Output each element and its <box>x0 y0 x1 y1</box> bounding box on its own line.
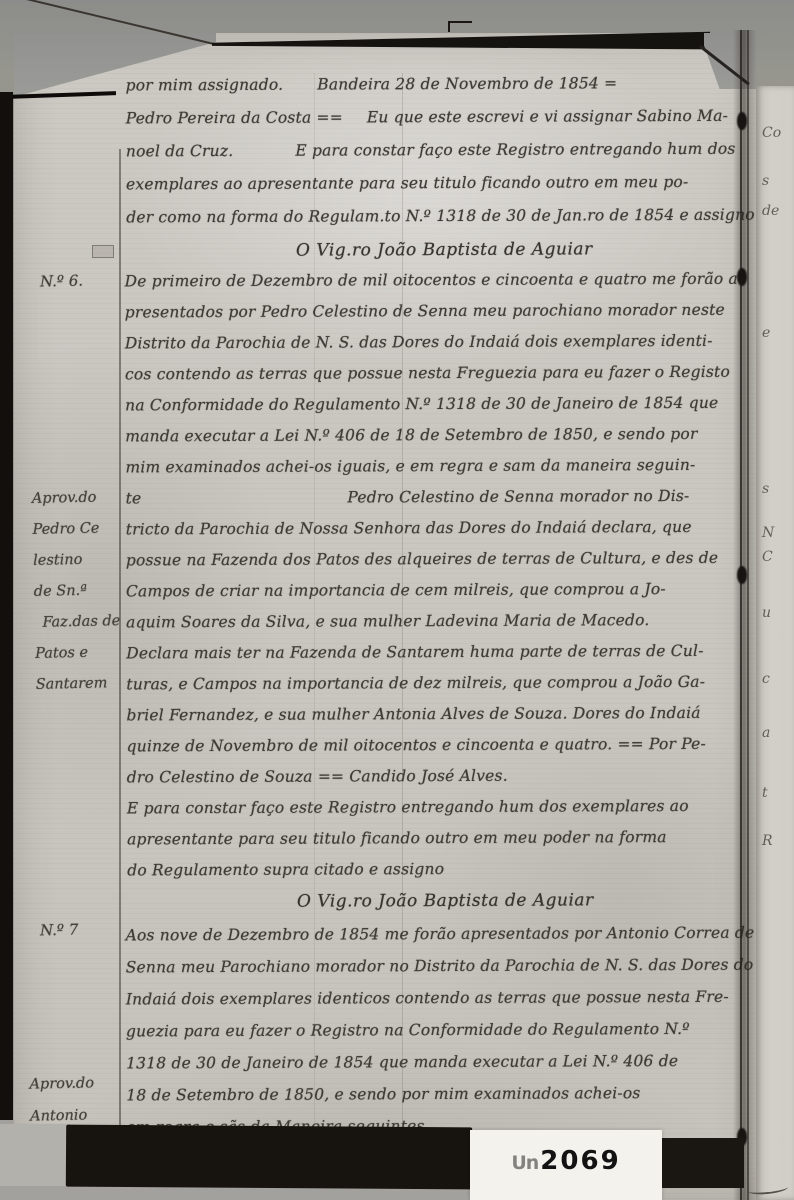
paper-smudge-mark <box>92 245 114 258</box>
closing-text-previous-entry: por mim assignado.Bandeira 28 de Novembr… <box>126 76 756 277</box>
manuscript-line: por mim assignado.Bandeira 28 de Novembr… <box>126 76 756 112</box>
margin-note-line: Faz.das de <box>42 614 120 647</box>
adjacent-page-text-fragment: t <box>762 786 768 800</box>
archive-stamp-number: Un2069 <box>470 1146 662 1176</box>
manuscript-line: exemplares ao apresentante para seu titu… <box>126 175 756 211</box>
stamp-number-digits: 2069 <box>540 1146 620 1176</box>
adjacent-page-text-fragment: Co <box>762 126 781 140</box>
binding-stitch-knot <box>737 112 747 130</box>
manuscript-line: 18 de Setembro de 1850, e sendo por mim … <box>126 1086 756 1121</box>
margin-note-line: lestino <box>33 552 119 585</box>
adjacent-page-text-fragment: N <box>762 526 774 540</box>
margin-note-line: de Sn.ª <box>34 583 120 616</box>
binding-crease-line <box>747 30 749 1200</box>
margin-note-line: Pedro Ce <box>32 521 118 554</box>
binding-stitch-knot <box>737 268 747 286</box>
archive-stamp-label: Un2069 <box>470 1130 662 1200</box>
bottom-edge-black-band <box>662 1138 744 1188</box>
binding-crease-line <box>740 30 742 1200</box>
margin-note-line: Aprov.do <box>32 490 118 523</box>
adjacent-page-sliver: CosdeesNCucatR <box>756 86 794 1200</box>
margin-note-line: Santarem <box>36 676 122 709</box>
registry-entry-7: Aos nove de Dezembro de 1854 me forão ap… <box>126 926 756 1153</box>
adjacent-page-text-fragment: R <box>762 834 773 848</box>
manuscript-line: Pedro Pereira da Costa ==Eu que este esc… <box>126 109 756 145</box>
manuscript-line: noel da Cruz.E para constar faço este Re… <box>126 142 756 178</box>
margin-note-line: Patos e <box>35 645 121 678</box>
stamp-prefix-digits: Un <box>511 1152 538 1174</box>
manuscript-line: 1318 de 30 de Janeiro de 1854 que manda … <box>126 1054 756 1089</box>
manuscript-line: Campos de criar na importancia de cem mi… <box>126 582 756 616</box>
manuscript-line: apresentante para seu titulo ficando out… <box>127 830 756 864</box>
scanned-manuscript-page: por mim assignado.Bandeira 28 de Novembr… <box>0 0 794 1200</box>
registry-entry-6: De primeiro de Dezembro de mil oitocento… <box>125 272 756 926</box>
margin-note-line: Aprov.do <box>29 1076 94 1109</box>
binding-stitch-knot <box>737 566 747 584</box>
manuscript-line: quinze de Novembro de mil oitocentos e c… <box>127 737 756 771</box>
binding-gutter-shadow <box>733 30 757 1200</box>
adjacent-page-text-fragment: e <box>762 326 770 340</box>
adjacent-page-text-fragment: s <box>762 174 769 188</box>
margin-entry-number-7: N.º 7 <box>40 923 79 939</box>
adjacent-page-text-fragment: C <box>762 550 773 564</box>
book-spine-edge <box>0 92 13 1120</box>
manuscript-line: der como na forma do Regulam.to N.º 1318… <box>126 208 756 244</box>
adjacent-page-text-fragment: de <box>762 204 779 218</box>
adjacent-page-text-fragment: a <box>762 726 770 740</box>
adjacent-page-text-fragment: s <box>762 482 769 496</box>
adjacent-page-text-fragment: c <box>762 672 770 686</box>
margin-entry-number-6: N.º 6. <box>40 274 83 290</box>
adjacent-page-text-fragment: u <box>762 606 771 620</box>
manuscript-line: do Regulamento supra citado e assigno <box>127 861 756 895</box>
margin-approval-note-entry-6: Aprov.doPedro Celestinode Sn.ªFaz.das de… <box>32 490 122 709</box>
bottom-edge-black-band <box>66 1125 472 1190</box>
manuscript-paper: por mim assignado.Bandeira 28 de Novembr… <box>14 33 756 1200</box>
manuscript-line: O Vig.ro João Baptista de Aguiar <box>127 892 756 926</box>
edge-notch-mark <box>448 21 472 32</box>
